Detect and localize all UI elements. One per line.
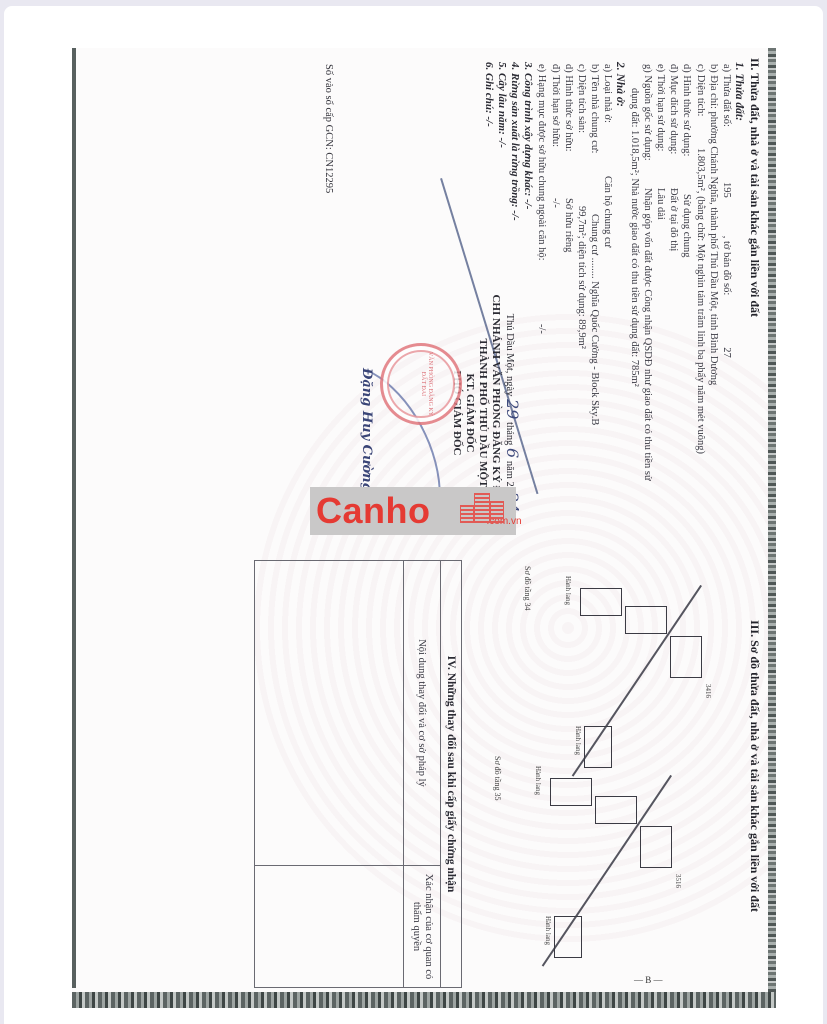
neighbor-corridor-label: Hành lang xyxy=(574,726,582,755)
section-3-4-column: III. Sơ đồ thửa đất, nhà ở và tài sản kh… xyxy=(82,536,762,996)
neighbor-corridor-label: Hành lang xyxy=(544,916,552,945)
building-icon xyxy=(458,491,510,523)
house-label: c) Diện tích sàn: xyxy=(575,64,588,206)
section-2-column: II. Thửa đất, nhà ở và tài sản khác gắn … xyxy=(82,58,762,518)
land-value: 1.803,5m², (bằng chữ: Một nghìn tám trăm… xyxy=(693,148,706,454)
watermark-logo: Canho .com.vn xyxy=(310,487,516,535)
date-prefix: Thủ Dầu Một, ngày xyxy=(504,314,515,397)
land-heading: 1. Thửa đất: xyxy=(733,62,745,518)
elevator-block xyxy=(550,778,592,806)
date-month: 6 xyxy=(503,448,522,458)
land-label: đ) Mục đích sử dụng: xyxy=(667,64,680,188)
confirmation-cell xyxy=(255,866,403,987)
page-marker: — B — xyxy=(634,975,663,985)
floor-plan-34: 3416 Hành lang Hành lang Sơ đồ tầng 34 xyxy=(522,576,722,776)
changes-table-header: Nội dung thay đổi và cơ sở pháp lý Xác n… xyxy=(403,561,440,987)
house-row-ownership: d) Hình thức sở hữu:Sở hữu riêng xyxy=(562,64,575,518)
house-heading: 2. Nhà ở: xyxy=(614,62,626,518)
house-value: Căn hộ chung cư xyxy=(601,176,614,247)
neighbor-unit xyxy=(554,916,582,958)
changes-cell xyxy=(255,561,403,866)
column-header-confirmation: Xác nhận của cơ quan có thẩm quyền xyxy=(404,866,440,987)
house-value: Sở hữu riêng xyxy=(562,198,575,252)
brand-name: Canho xyxy=(316,490,431,532)
corridor-label: Hành lang xyxy=(564,576,572,605)
house-label: a) Loại nhà ở: xyxy=(601,64,614,176)
unit-number-label: 3416 xyxy=(704,684,712,698)
changes-table-body xyxy=(255,561,403,987)
land-row-origin: g) Nguồn gốc sử dụng:Nhận góp vốn đất đư… xyxy=(641,64,654,518)
house-value: -/- xyxy=(548,198,561,208)
house-row-building-name: b) Tên nhà chung cư:Chung cư ........ Ng… xyxy=(588,64,601,518)
land-row-usage-form: d) Hình thức sử dụng:Sử dụng chung xyxy=(680,64,693,518)
map-sheet-value: 27 xyxy=(720,347,733,358)
corridor-label: Hành lang xyxy=(534,766,542,795)
floor-plan-caption: Sơ đồ tầng 35 xyxy=(493,756,502,800)
land-label: b) Địa chỉ: xyxy=(708,64,719,109)
land-label: g) Nguồn gốc sử dụng: xyxy=(641,64,654,188)
date-month-prefix: tháng xyxy=(504,422,515,445)
land-row-origin-continued: dụng đất: 1.018,5m²; Nhà nước giao đất c… xyxy=(627,88,640,518)
unit-room xyxy=(640,826,672,868)
house-label: d) Hình thức sở hữu: xyxy=(562,64,575,198)
land-label: e) Thời hạn sử dụng: xyxy=(654,64,667,188)
house-label: e) Hạng mục được sở hữu chung ngoài căn … xyxy=(535,64,548,324)
house-row-floor-area: c) Diện tích sàn:99,7m²; diện tích sử dụ… xyxy=(575,64,588,518)
house-value: -/- xyxy=(535,324,548,334)
section-4-title: IV. Những thay đổi sau khi cấp giấy chứn… xyxy=(440,561,461,987)
house-value: 99,7m²; diện tích sử dụng: 89,9m² xyxy=(575,206,588,349)
registry-number: Số vào sổ cấp GCN: CN12295 xyxy=(323,64,334,193)
scan-edge-right xyxy=(768,48,776,1008)
house-row-shared-items: e) Hạng mục được sở hữu chung ngoài căn … xyxy=(535,64,548,518)
date-day: 29 xyxy=(503,399,522,419)
land-value: 195 xyxy=(720,182,733,198)
stair-block xyxy=(625,606,667,634)
land-row-purpose: đ) Mục đích sử dụng:Đất ở tại đô thị xyxy=(667,64,680,518)
land-value: phường Chánh Nghĩa, thành phố Thủ Dầu Mộ… xyxy=(708,112,719,386)
land-value: Lâu dài xyxy=(654,188,667,220)
land-row-address: b) Địa chỉ: phường Chánh Nghĩa, thành ph… xyxy=(707,64,720,518)
stamp-text: VĂN PHÒNG ĐĂNG KÝ ĐẤT ĐAI xyxy=(419,346,433,422)
section-3-title: III. Sơ đồ thửa đất, nhà ở và tài sản kh… xyxy=(747,536,762,996)
floor-plan-caption: Sơ đồ tầng 34 xyxy=(523,566,532,610)
land-value: Nhận góp vốn đất được Công nhận QSDĐ như… xyxy=(641,188,654,481)
house-row-ownership-term: đ) Thời hạn sở hữu:-/- xyxy=(548,64,561,518)
column-header-changes: Nội dung thay đổi và cơ sở pháp lý xyxy=(404,561,440,866)
land-label: c) Diện tích: xyxy=(693,64,706,148)
land-row-term: e) Thời hạn sử dụng:Lâu dài xyxy=(654,64,667,518)
floor-plan-35: 3516 Hành lang Hành lang Sơ đồ tầng 35 xyxy=(492,766,692,966)
house-label: b) Tên nhà chung cư: xyxy=(588,64,601,214)
neighbor-unit xyxy=(584,726,612,768)
house-label: đ) Thời hạn sở hữu: xyxy=(548,64,561,198)
land-label: a) Thửa đất số: xyxy=(720,64,733,182)
map-sheet-label: , tờ bản đồ số: xyxy=(720,236,733,296)
scan-edge-left xyxy=(72,48,76,988)
house-value: Chung cư ........ Nghĩa Quốc Cường - Blo… xyxy=(588,214,601,425)
unit-room xyxy=(670,636,702,678)
land-label: d) Hình thức sử dụng: xyxy=(680,64,693,194)
changes-table: IV. Những thay đổi sau khi cấp giấy chứn… xyxy=(254,560,462,988)
elevator-block xyxy=(580,588,622,616)
scan-edge-bottom xyxy=(72,992,776,1008)
section-2-title: II. Thửa đất, nhà ở và tài sản khác gắn … xyxy=(747,58,762,518)
land-value: Sử dụng chung xyxy=(680,194,693,257)
land-value: Đất ở tại đô thị xyxy=(667,188,680,251)
stair-block xyxy=(595,796,637,824)
signer-name: Đặng Huy Cường xyxy=(359,368,374,492)
land-row-area: c) Diện tích:1.803,5m², (bằng chữ: Một n… xyxy=(693,64,706,518)
unit-number-label: 3516 xyxy=(674,874,682,888)
land-row-parcel: a) Thửa đất số:195, tờ bản đồ số:27 xyxy=(720,64,733,518)
house-row-type: a) Loại nhà ở:Căn hộ chung cư xyxy=(601,64,614,518)
official-stamp: VĂN PHÒNG ĐĂNG KÝ ĐẤT ĐAI xyxy=(380,343,462,425)
